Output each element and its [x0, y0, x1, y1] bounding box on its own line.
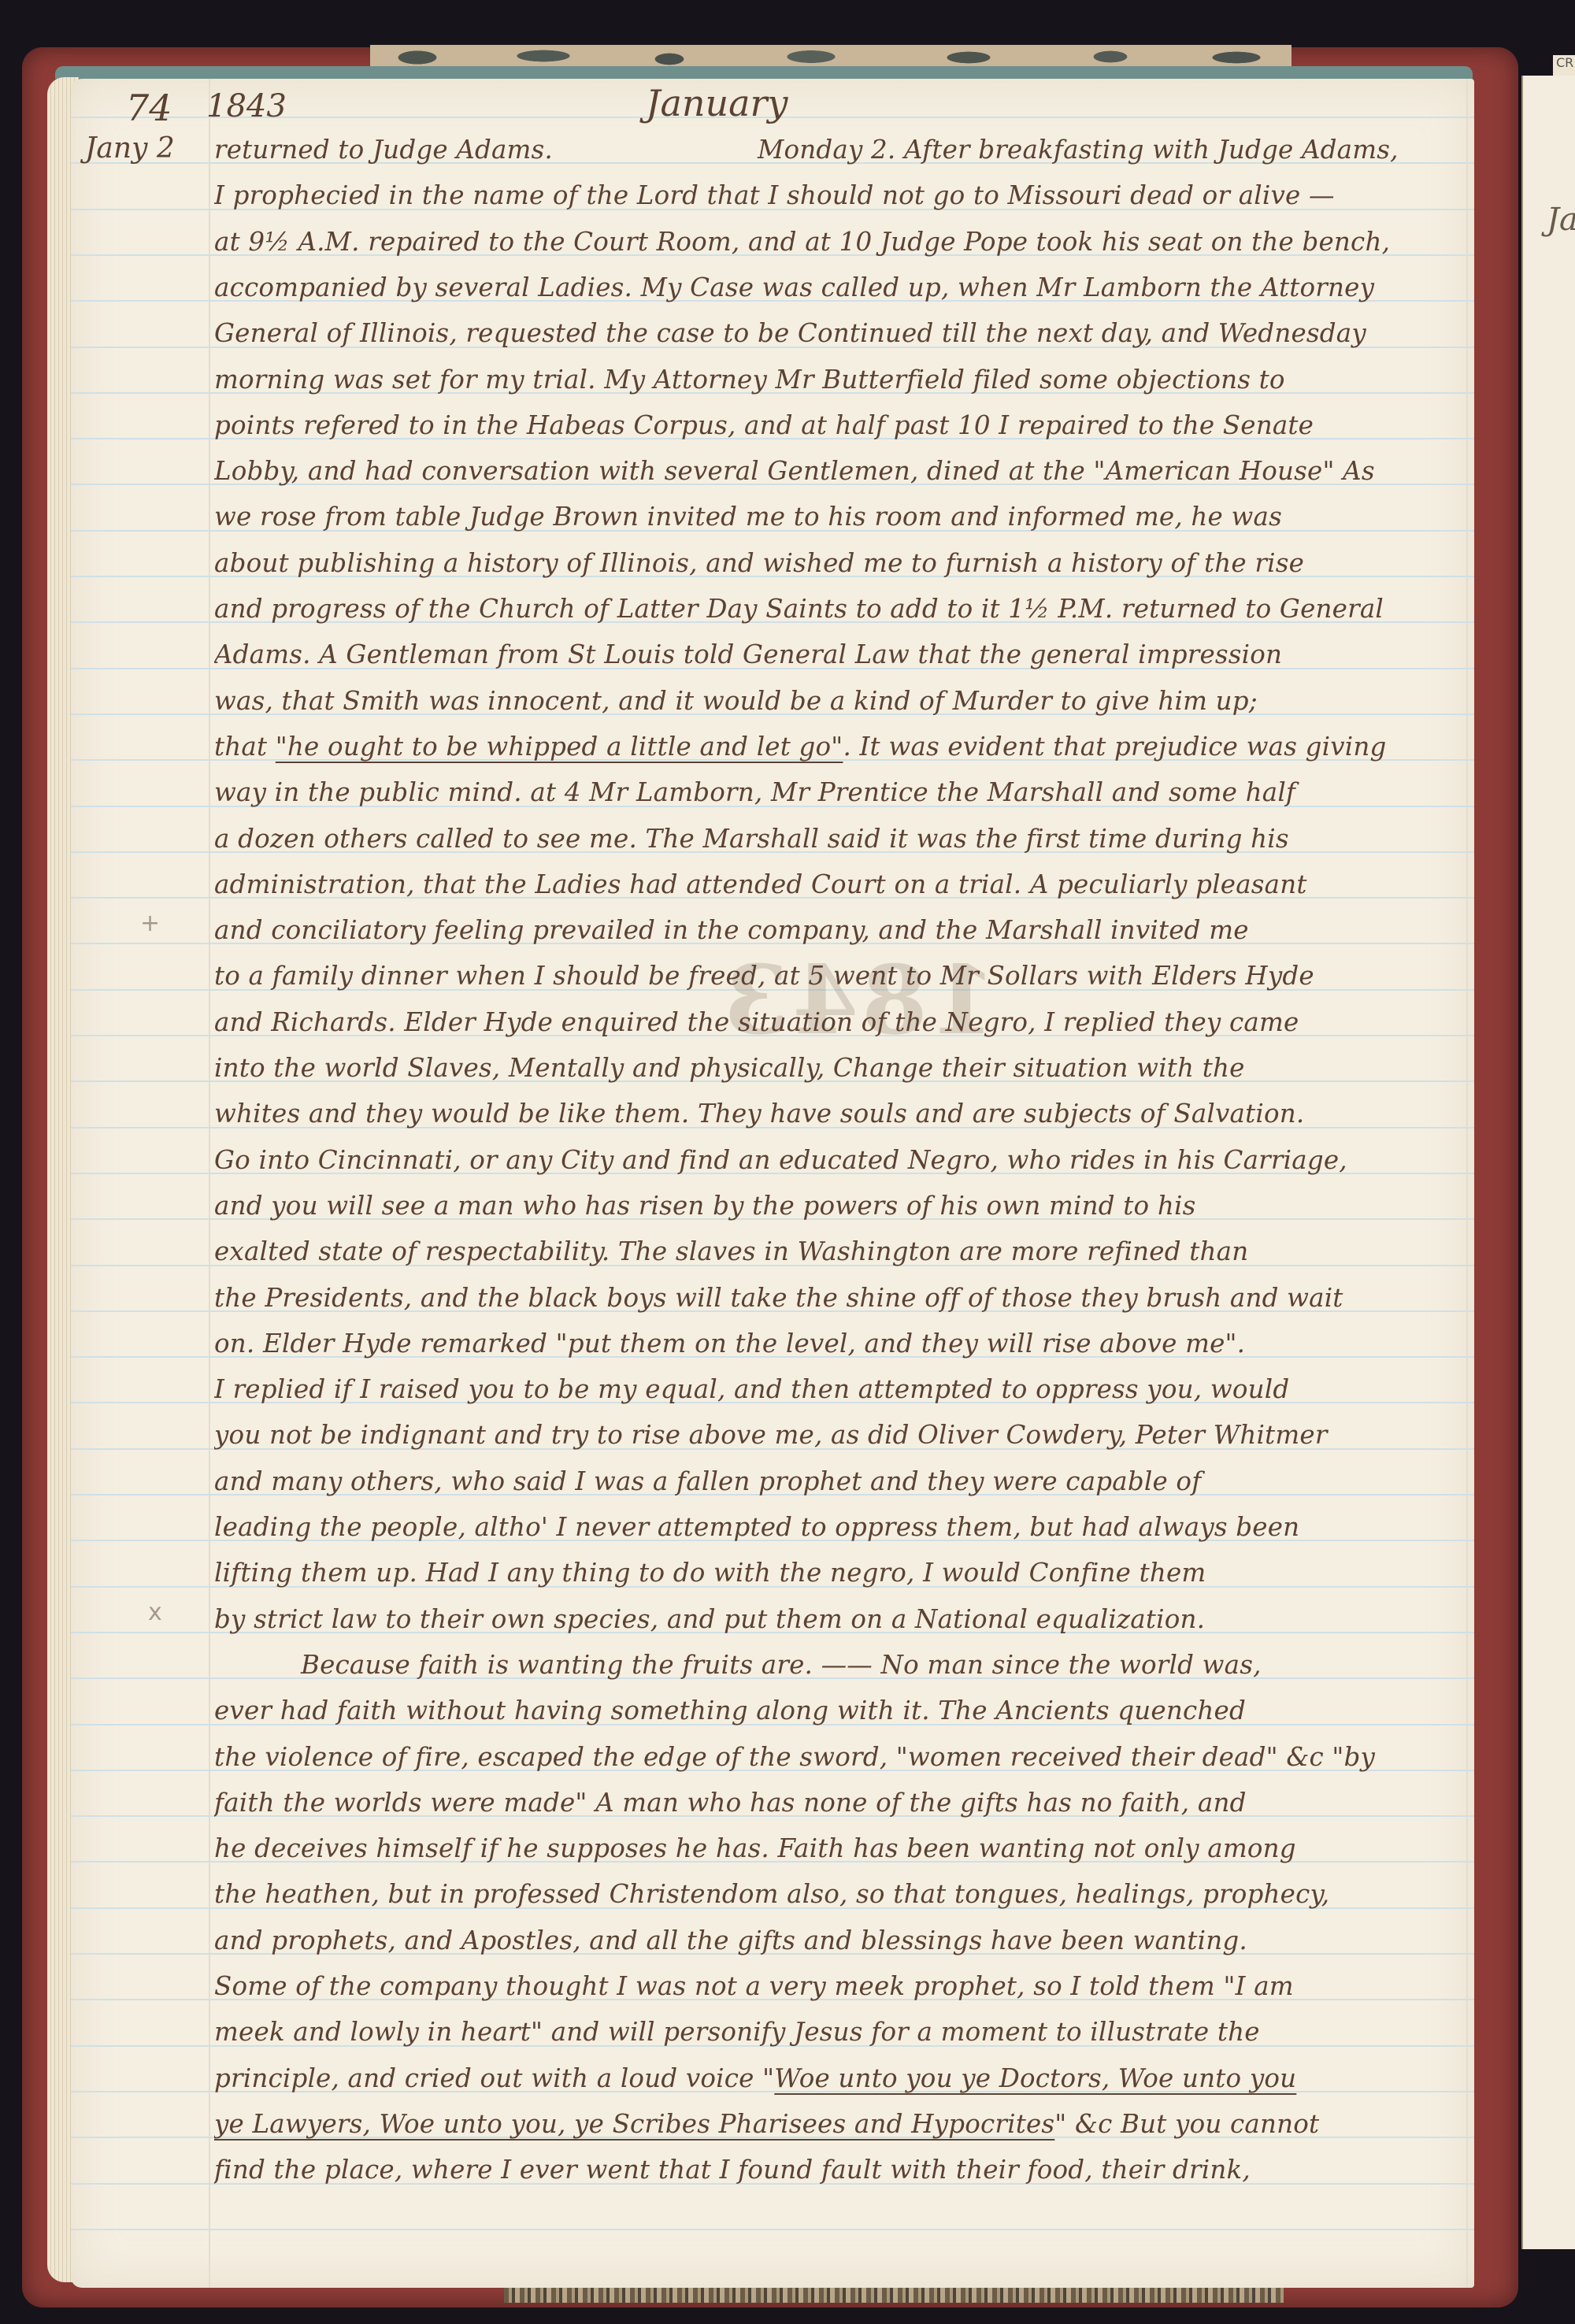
- text-line: way in the public mind. at 4 Mr Lamborn,…: [214, 773, 1466, 812]
- text-line: the violence of fire, escaped the edge o…: [214, 1737, 1466, 1777]
- text-line: you not be indignant and try to rise abo…: [214, 1415, 1466, 1455]
- text-line: he deceives himself if he supposes he ha…: [214, 1829, 1466, 1868]
- text-line: whites and they would be like them. They…: [214, 1094, 1466, 1133]
- text-line: the heathen, but in professed Christendo…: [214, 1874, 1466, 1914]
- text-line: morning was set for my trial. My Attorne…: [214, 360, 1466, 399]
- entry-margin-text: returned to Judge Adams.: [214, 135, 553, 165]
- text-line: to a family dinner when I should be free…: [214, 956, 1466, 995]
- text-line: into the world Slaves, Mentally and phys…: [214, 1048, 1466, 1088]
- text-line: and Richards. Elder Hyde enquired the si…: [214, 1003, 1466, 1042]
- margin-date-note: Jany 2: [85, 132, 175, 165]
- text-line: that "he ought to be whipped a little an…: [214, 727, 1466, 766]
- text-line: and progress of the Church of Latter Day…: [214, 589, 1466, 628]
- text-line: we rose from table Judge Brown invited m…: [214, 497, 1466, 536]
- text-line: principle, and cried out with a loud voi…: [214, 2059, 1466, 2098]
- text-line: ever had faith without having something …: [214, 1691, 1466, 1730]
- text-line: faith the worlds were made" A man who ha…: [214, 1783, 1466, 1822]
- underlined-quote: Woe unto you ye Doctors, Woe unto you: [774, 2063, 1296, 2093]
- next-page-fragment: Jan: [1547, 202, 1575, 238]
- text-line: find the place, where I ever went that I…: [214, 2150, 1466, 2189]
- page-month-heading: January: [646, 82, 788, 124]
- text-line: was, that Smith was innocent, and it wou…: [214, 681, 1466, 721]
- text-line: by strict law to their own species, and …: [214, 1599, 1466, 1639]
- text-line: a dozen others called to see me. The Mar…: [214, 819, 1466, 858]
- next-page-edge: CR Jan: [1521, 76, 1575, 2249]
- text-line: the Presidents, and the black boys will …: [214, 1278, 1466, 1318]
- text-line: Adams. A Gentleman from St Louis told Ge…: [214, 635, 1466, 674]
- text-line: about publishing a history of Illinois, …: [214, 543, 1466, 583]
- text-line: General of Illinois, requested the case …: [214, 313, 1466, 353]
- text-line: ye Lawyers, Woe unto you, ye Scribes Pha…: [214, 2104, 1466, 2144]
- text-line: meek and lowly in heart" and will person…: [214, 2012, 1466, 2052]
- entry-heading-text: Monday 2. After breakfasting with Judge …: [758, 130, 1399, 169]
- line-segment: " &c But you cannot: [1054, 2109, 1319, 2139]
- text-line: I prophecied in the name of the Lord tha…: [214, 176, 1466, 215]
- text-line: and conciliatory feeling prevailed in th…: [214, 910, 1466, 950]
- text-line: Some of the company thought I was not a …: [214, 1966, 1466, 2006]
- text-line: and you will see a man who has risen by …: [214, 1186, 1466, 1225]
- text-line: Because faith is wanting the fruits are.…: [214, 1645, 1466, 1685]
- text-line: points refered to in the Habeas Corpus, …: [214, 406, 1466, 445]
- text-line: leading the people, altho' I never attem…: [214, 1507, 1466, 1547]
- text-line: administration, that the Ladies had atte…: [214, 865, 1466, 904]
- text-line: on. Elder Hyde remarked "put them on the…: [214, 1324, 1466, 1363]
- text-line: and many others, who said I was a fallen…: [214, 1462, 1466, 1501]
- line-segment: that: [214, 732, 276, 762]
- endpaper-band: [55, 66, 1473, 79]
- page-number: 74: [126, 87, 172, 129]
- next-page-tab: CR: [1553, 55, 1575, 76]
- text-line: I replied if I raised you to be my equal…: [214, 1370, 1466, 1409]
- underlined-quote: ye Lawyers, Woe unto you, ye Scribes Pha…: [214, 2109, 1054, 2139]
- text-line: at 9½ A.M. repaired to the Court Room, a…: [214, 222, 1466, 261]
- line-segment: principle, and cried out with a loud voi…: [214, 2063, 774, 2093]
- text-line: and prophets, and Apostles, and all the …: [214, 1921, 1466, 1960]
- page-year: 1843: [206, 88, 287, 124]
- margin-x-mark: x: [148, 1599, 162, 1626]
- line-segment: . It was evident that prejudice was givi…: [843, 732, 1386, 762]
- text-line: returned to Judge Adams.Monday 2. After …: [214, 130, 1466, 169]
- text-line: exalted state of respectability. The sla…: [214, 1232, 1466, 1271]
- text-line: accompanied by several Ladies. My Case w…: [214, 268, 1466, 307]
- text-line: Go into Cincinnati, or any City and find…: [214, 1140, 1466, 1180]
- text-line: lifting them up. Had I any thing to do w…: [214, 1553, 1466, 1592]
- underlined-quote: "he ought to be whipped a little and let…: [276, 732, 843, 762]
- text-line: Lobby, and had conversation with several…: [214, 451, 1466, 491]
- margin-plus-mark: +: [140, 910, 160, 937]
